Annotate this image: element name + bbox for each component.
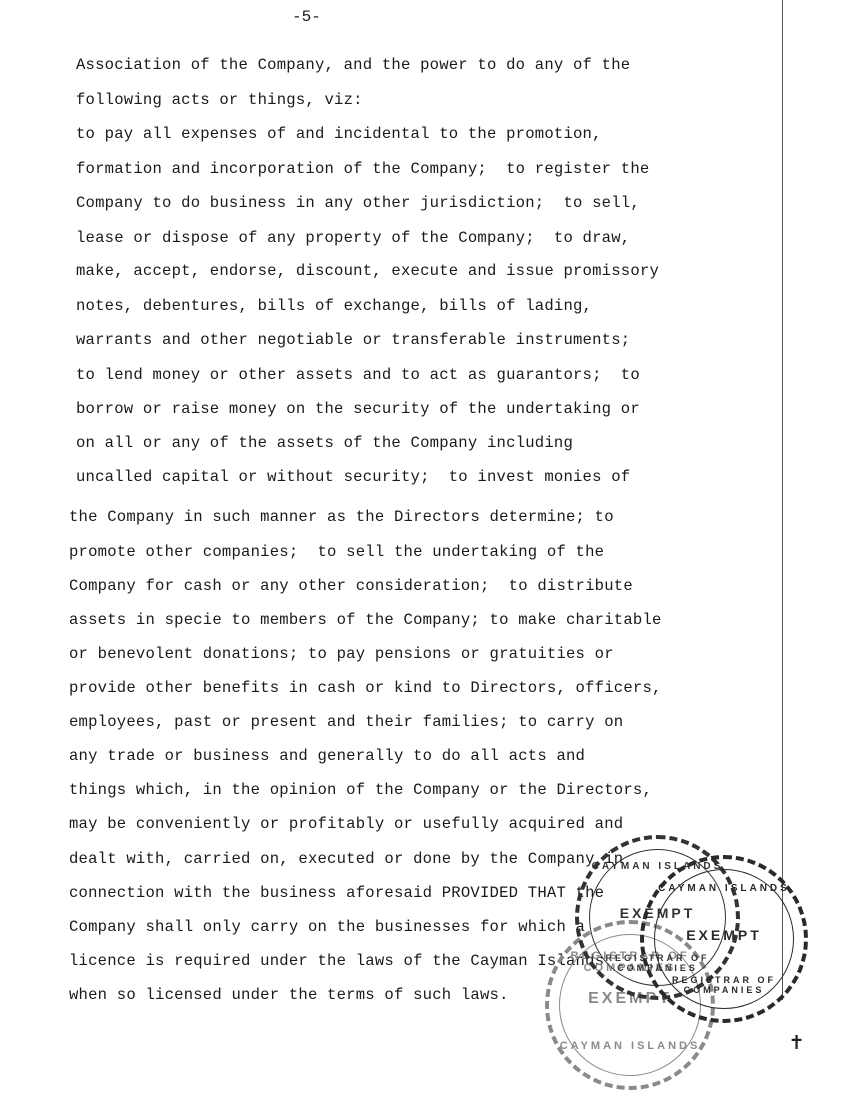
cross-mark: ✝ (790, 1030, 803, 1056)
text-line: may be conveniently or profitably or use… (69, 815, 623, 833)
text-line: warrants and other negotiable or transfe… (76, 331, 630, 349)
text-line: Association of the Company, and the powe… (76, 56, 630, 74)
stamp-bottom-text: REGISTRAR OF COMPANIES (640, 975, 808, 995)
text-line: uncalled capital or without security; to… (76, 468, 630, 486)
text-line: on all or any of the assets of the Compa… (76, 434, 573, 452)
text-line: notes, debentures, bills of exchange, bi… (76, 297, 592, 315)
text-line: Company to do business in any other juri… (76, 194, 640, 212)
text-line: when so licensed under the terms of such… (69, 986, 509, 1004)
text-line: dealt with, carried on, executed or done… (69, 850, 623, 868)
text-line: formation and incorporation of the Compa… (76, 160, 649, 178)
text-line: promote other companies; to sell the und… (69, 543, 604, 561)
margin-rule (782, 0, 783, 1000)
text-line: borrow or raise money on the security of… (76, 400, 640, 418)
text-line: assets in specie to members of the Compa… (69, 611, 662, 629)
stamp-bottom-text: CAYMAN ISLANDS (545, 1040, 715, 1052)
text-line: Company shall only carry on the business… (69, 918, 585, 936)
text-line: any trade or business and generally to d… (69, 747, 585, 765)
text-line: to pay all expenses of and incidental to… (76, 125, 602, 143)
text-line: the Company in such manner as the Direct… (69, 508, 614, 526)
text-line: licence is required under the laws of th… (69, 952, 604, 970)
text-line: lease or dispose of any property of the … (76, 229, 630, 247)
text-line: make, accept, endorse, discount, execute… (76, 262, 659, 280)
text-line: things which, in the opinion of the Comp… (69, 781, 652, 799)
text-line: to lend money or other assets and to act… (76, 366, 640, 384)
text-line: connection with the business aforesaid P… (69, 884, 604, 902)
text-line: or benevolent donations; to pay pensions… (69, 645, 614, 663)
text-line: provide other benefits in cash or kind t… (69, 679, 662, 697)
page-number: -5- (292, 8, 321, 26)
stamp-top-text: CAYMAN ISLANDS (640, 883, 808, 894)
text-line: Company for cash or any other considerat… (69, 577, 633, 595)
text-line: employees, past or present and their fam… (69, 713, 623, 731)
stamp-middle-text: EXEMPT (640, 927, 808, 943)
registrar-stamp-2: CAYMAN ISLANDS EXEMPT REGISTRAR OF COMPA… (640, 855, 808, 1023)
text-line: following acts or things, viz: (76, 91, 363, 109)
